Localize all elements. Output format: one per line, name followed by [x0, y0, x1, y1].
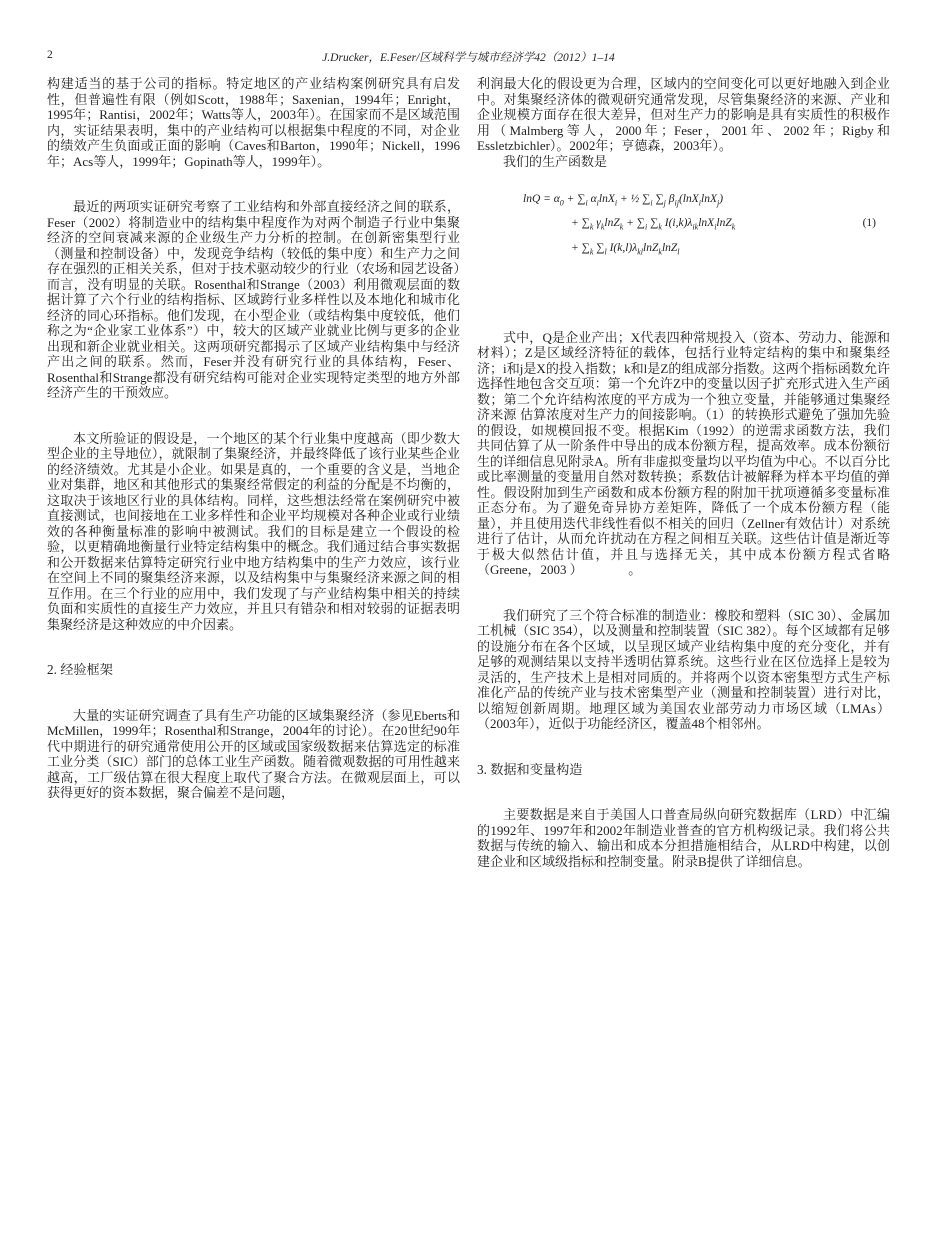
left-paragraph-3: 本文所验证的假设是，一个地区的某个行业集中度越高（即少数大型企业的主导地位），就…: [47, 431, 460, 633]
left-column: 构建适当的基于公司的指标。特定地区的产业结构案例研究具有启发性，但普遍性有限（例…: [47, 76, 460, 899]
equation-number: (1): [863, 213, 876, 233]
right-paragraph-1: 利润最大化的假设更为合理，区域内的空间变化可以更好地融入到企业中。对集聚经济体的…: [477, 76, 890, 154]
paper-page: 2 J.Drucker，E.Feser/区域科学与城市经济学42（2012）1–…: [0, 0, 927, 1235]
equation-intro-line: 我们的生产函数是: [477, 154, 890, 170]
section-heading-3: 3. 数据和变量构造: [477, 762, 890, 778]
left-paragraph-4: 大量的实证研究调查了具有生产功能的区域集聚经济（参见Eberts和McMille…: [47, 708, 460, 801]
equation-line-1: lnQ = α0 + ∑i αilnXi + ½ ∑i ∑j βij(lnXil…: [477, 189, 890, 213]
right-paragraph-3: 我们研究了三个符合标准的制造业：橡胶和塑料（SIC 30）、金属加工机械（SIC…: [477, 608, 890, 732]
page-header: 2 J.Drucker，E.Feser/区域科学与城市经济学42（2012）1–…: [47, 49, 890, 65]
equation-line-2: + ∑k γklnZk + ∑i ∑k I(i,k)λiklnXilnZk: [477, 213, 890, 237]
equation-1: lnQ = α0 + ∑i αilnXi + ½ ∑i ∑j βij(lnXil…: [477, 189, 890, 262]
left-paragraph-1: 构建适当的基于公司的指标。特定地区的产业结构案例研究具有启发性，但普遍性有限（例…: [47, 76, 460, 169]
right-paragraph-4: 主要数据是来自于美国人口普查局纵向研究数据库（LRD）中汇编的1992年、199…: [477, 807, 890, 869]
section-heading-2: 2. 经验框架: [47, 662, 460, 678]
equation-line-3: + ∑k ∑l I(k,l)λkllnZklnZl: [477, 238, 890, 262]
left-paragraph-2: 最近的两项实证研究考察了工业结构和外部直接经济之间的联系，Feser（2002）…: [47, 199, 460, 401]
right-paragraph-2: 式中，Q是企业产出；X代表四种常规投入（资本、劳动力、能源和材料）；Z是区域经济…: [477, 330, 890, 578]
two-column-body: 构建适当的基于公司的指标。特定地区的产业结构案例研究具有启发性，但普遍性有限（例…: [47, 76, 890, 899]
running-head: J.Drucker，E.Feser/区域科学与城市经济学42（2012）1–14: [47, 49, 890, 65]
right-column: 利润最大化的假设更为合理，区域内的空间变化可以更好地融入到企业中。对集聚经济体的…: [477, 76, 890, 899]
